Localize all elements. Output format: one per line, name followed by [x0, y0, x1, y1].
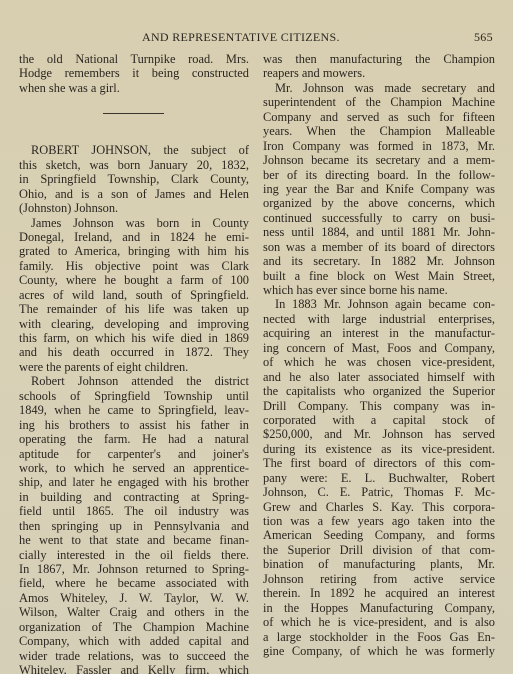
text-line: son was a member of its board of directo…	[263, 240, 495, 254]
text-line: gine Company, of which he was formerly	[263, 644, 495, 658]
text-line: ness until 1884, and until 1881 Mr. John…	[263, 225, 495, 239]
text-line: this farm, on which his wife died in 186…	[19, 331, 249, 345]
running-title: AND REPRESENTATIVE CITIZENS.	[142, 30, 340, 45]
text-line: Mr. Johnson was made secretary and	[263, 81, 495, 95]
text-line: the capitalists who organized the Superi…	[263, 384, 495, 398]
text-line: Company, which with added capital and	[19, 634, 249, 648]
text-line: Iron Company was formed in 1873, Mr.	[263, 139, 495, 153]
text-line: and he also later associated himself wit…	[263, 370, 495, 384]
text-line: then springing up in Pennsylvania and	[19, 519, 249, 533]
text-line: Hodge remembers it being constructed	[19, 66, 249, 80]
text-line: (Johnston) Johnson.	[19, 201, 249, 215]
text-line: ing concern of Mast, Foos and Company,	[263, 341, 495, 355]
text-line: he went to that state and became finan-	[19, 533, 249, 547]
text-line: In 1883 Mr. Johnson again became con-	[263, 297, 495, 311]
text-line: ing his brothers to assist his father in	[19, 418, 249, 432]
text-line: The first board of directors of this com…	[263, 456, 495, 470]
text-line: and its secretary. In 1882 Mr. Johnson	[263, 254, 495, 268]
text-line: Grew and Charles S. Kay. This corpora-	[263, 500, 495, 514]
text-line: in the Hoppes Manufacturing Company,	[263, 601, 495, 615]
text-line: Donegal, Ireland, and in 1824 he emi-	[19, 230, 249, 244]
text-line: of which he was chosen vice-president,	[263, 355, 495, 369]
text-line: cially interested in the oil fields ther…	[19, 548, 249, 562]
text-line: during its existence as its vice-preside…	[263, 442, 495, 456]
text-line: tion was a few years ago taken into the	[263, 514, 495, 528]
text-line: this sketch, was born January 20, 1832,	[19, 158, 249, 172]
text-line: which has ever since borne his name.	[263, 283, 495, 297]
section-divider	[19, 95, 249, 143]
text-line: years. When the Champion Malleable	[263, 124, 495, 138]
text-line: Amos Whiteley, J. W. Taylor, W. W.	[19, 591, 249, 605]
text-line: family. His objective point was Clark	[19, 259, 249, 273]
text-line: Wilson, Walter Craig and others in the	[19, 605, 249, 619]
text-line: Robert Johnson attended the district	[19, 374, 249, 388]
text-line: with clearing, developing and improving	[19, 317, 249, 331]
text-line: acres of wild land, south of Springfield…	[19, 288, 249, 302]
text-line: were the parents of eight children.	[19, 360, 249, 374]
text-line: organization of The Champion Machine	[19, 620, 249, 634]
text-line: Whiteley, Fassler and Kelly firm, which	[19, 663, 249, 674]
text-line: operating the farm. He had a natural	[19, 432, 249, 446]
text-line: County, where he bought a farm of 100	[19, 273, 249, 287]
text-line: pany were: E. L. Buchwalter, Robert	[263, 471, 495, 485]
running-header: AND REPRESENTATIVE CITIZENS. 565	[0, 30, 513, 46]
text-line: grated to America, bringing with him his	[19, 244, 249, 258]
text-line: acquiring an interest in the manufactur-	[263, 326, 495, 340]
text-line: James Johnson was born in County	[19, 216, 249, 230]
text-line: work, to which he served an apprentice-	[19, 461, 249, 475]
text-line: ROBERT JOHNSON, the subject of	[19, 143, 249, 157]
text-line: built a fine block on West Main Street,	[263, 269, 495, 283]
text-line: and his death occurred in 1872. They	[19, 345, 249, 359]
left-column: the old National Turnpike road. Mrs. Hod…	[19, 52, 249, 674]
text-line: field, where he became associated with	[19, 576, 249, 590]
text-line: wider trade relations, was to succeed th…	[19, 649, 249, 663]
text-line: ing year the Bar and Knife Company was	[263, 182, 495, 196]
page-number: 565	[474, 30, 493, 45]
text-line: ship, and later he engaged with his brot…	[19, 475, 249, 489]
text-line: therein. In 1892 he acquired an interest	[263, 586, 495, 600]
text-line: of which he is vice-president, and is al…	[263, 615, 495, 629]
text-line: American Seeding Company, and forms	[263, 528, 495, 542]
text-line: in building and contracting at Spring-	[19, 490, 249, 504]
text-line: Ohio, and is a son of James and Helen	[19, 187, 249, 201]
divider-rule	[103, 113, 164, 114]
text-line: superintendent of the Champion Machine	[263, 95, 495, 109]
text-line: a large stockholder in the Foos Gas En-	[263, 630, 495, 644]
text-line: in Springfield Township, Clark County,	[19, 172, 249, 186]
text-line: when she was a girl.	[19, 81, 249, 95]
text-line: the old National Turnpike road. Mrs.	[19, 52, 249, 66]
text-line: the Superior Drill division of that com-	[263, 543, 495, 557]
text-line: nected with large industrial enterprises…	[263, 312, 495, 326]
text-line: The remainder of his life was taken up	[19, 302, 249, 316]
text-line: field until 1865. The oil industry was	[19, 504, 249, 518]
text-line: $250,000, and Mr. Johnson has served	[263, 427, 495, 441]
text-line: Johnson became its secretary and a mem-	[263, 153, 495, 167]
text-line: aptitude for carpenter's and joiner's	[19, 447, 249, 461]
text-line: Johnson retiring from active service	[263, 572, 495, 586]
text-line: reapers and mowers.	[263, 66, 495, 80]
text-line: ber of its directing board. In the follo…	[263, 168, 495, 182]
text-line: continued successfully to carry on busi-	[263, 211, 495, 225]
text-line: In 1867, Mr. Johnson returned to Spring-	[19, 562, 249, 576]
text-line: Johnson, C. E. Patric, Thomas F. Mc-	[263, 485, 495, 499]
text-line: schools of Springfield Township until	[19, 389, 249, 403]
text-line: organized by the above concerns, which	[263, 196, 495, 210]
right-column: was then manufacturing the Champion reap…	[263, 52, 495, 658]
text-line: corporated with a capital stock of	[263, 413, 495, 427]
text-line: Company and served as such for fifteen	[263, 110, 495, 124]
text-line: was then manufacturing the Champion	[263, 52, 495, 66]
text-line: 1849, when he came to Springfield, leav-	[19, 403, 249, 417]
book-page: AND REPRESENTATIVE CITIZENS. 565 the old…	[0, 0, 513, 674]
text-line: Drill Company. This company was in-	[263, 399, 495, 413]
text-line: bination of manufacturing plants, Mr.	[263, 557, 495, 571]
